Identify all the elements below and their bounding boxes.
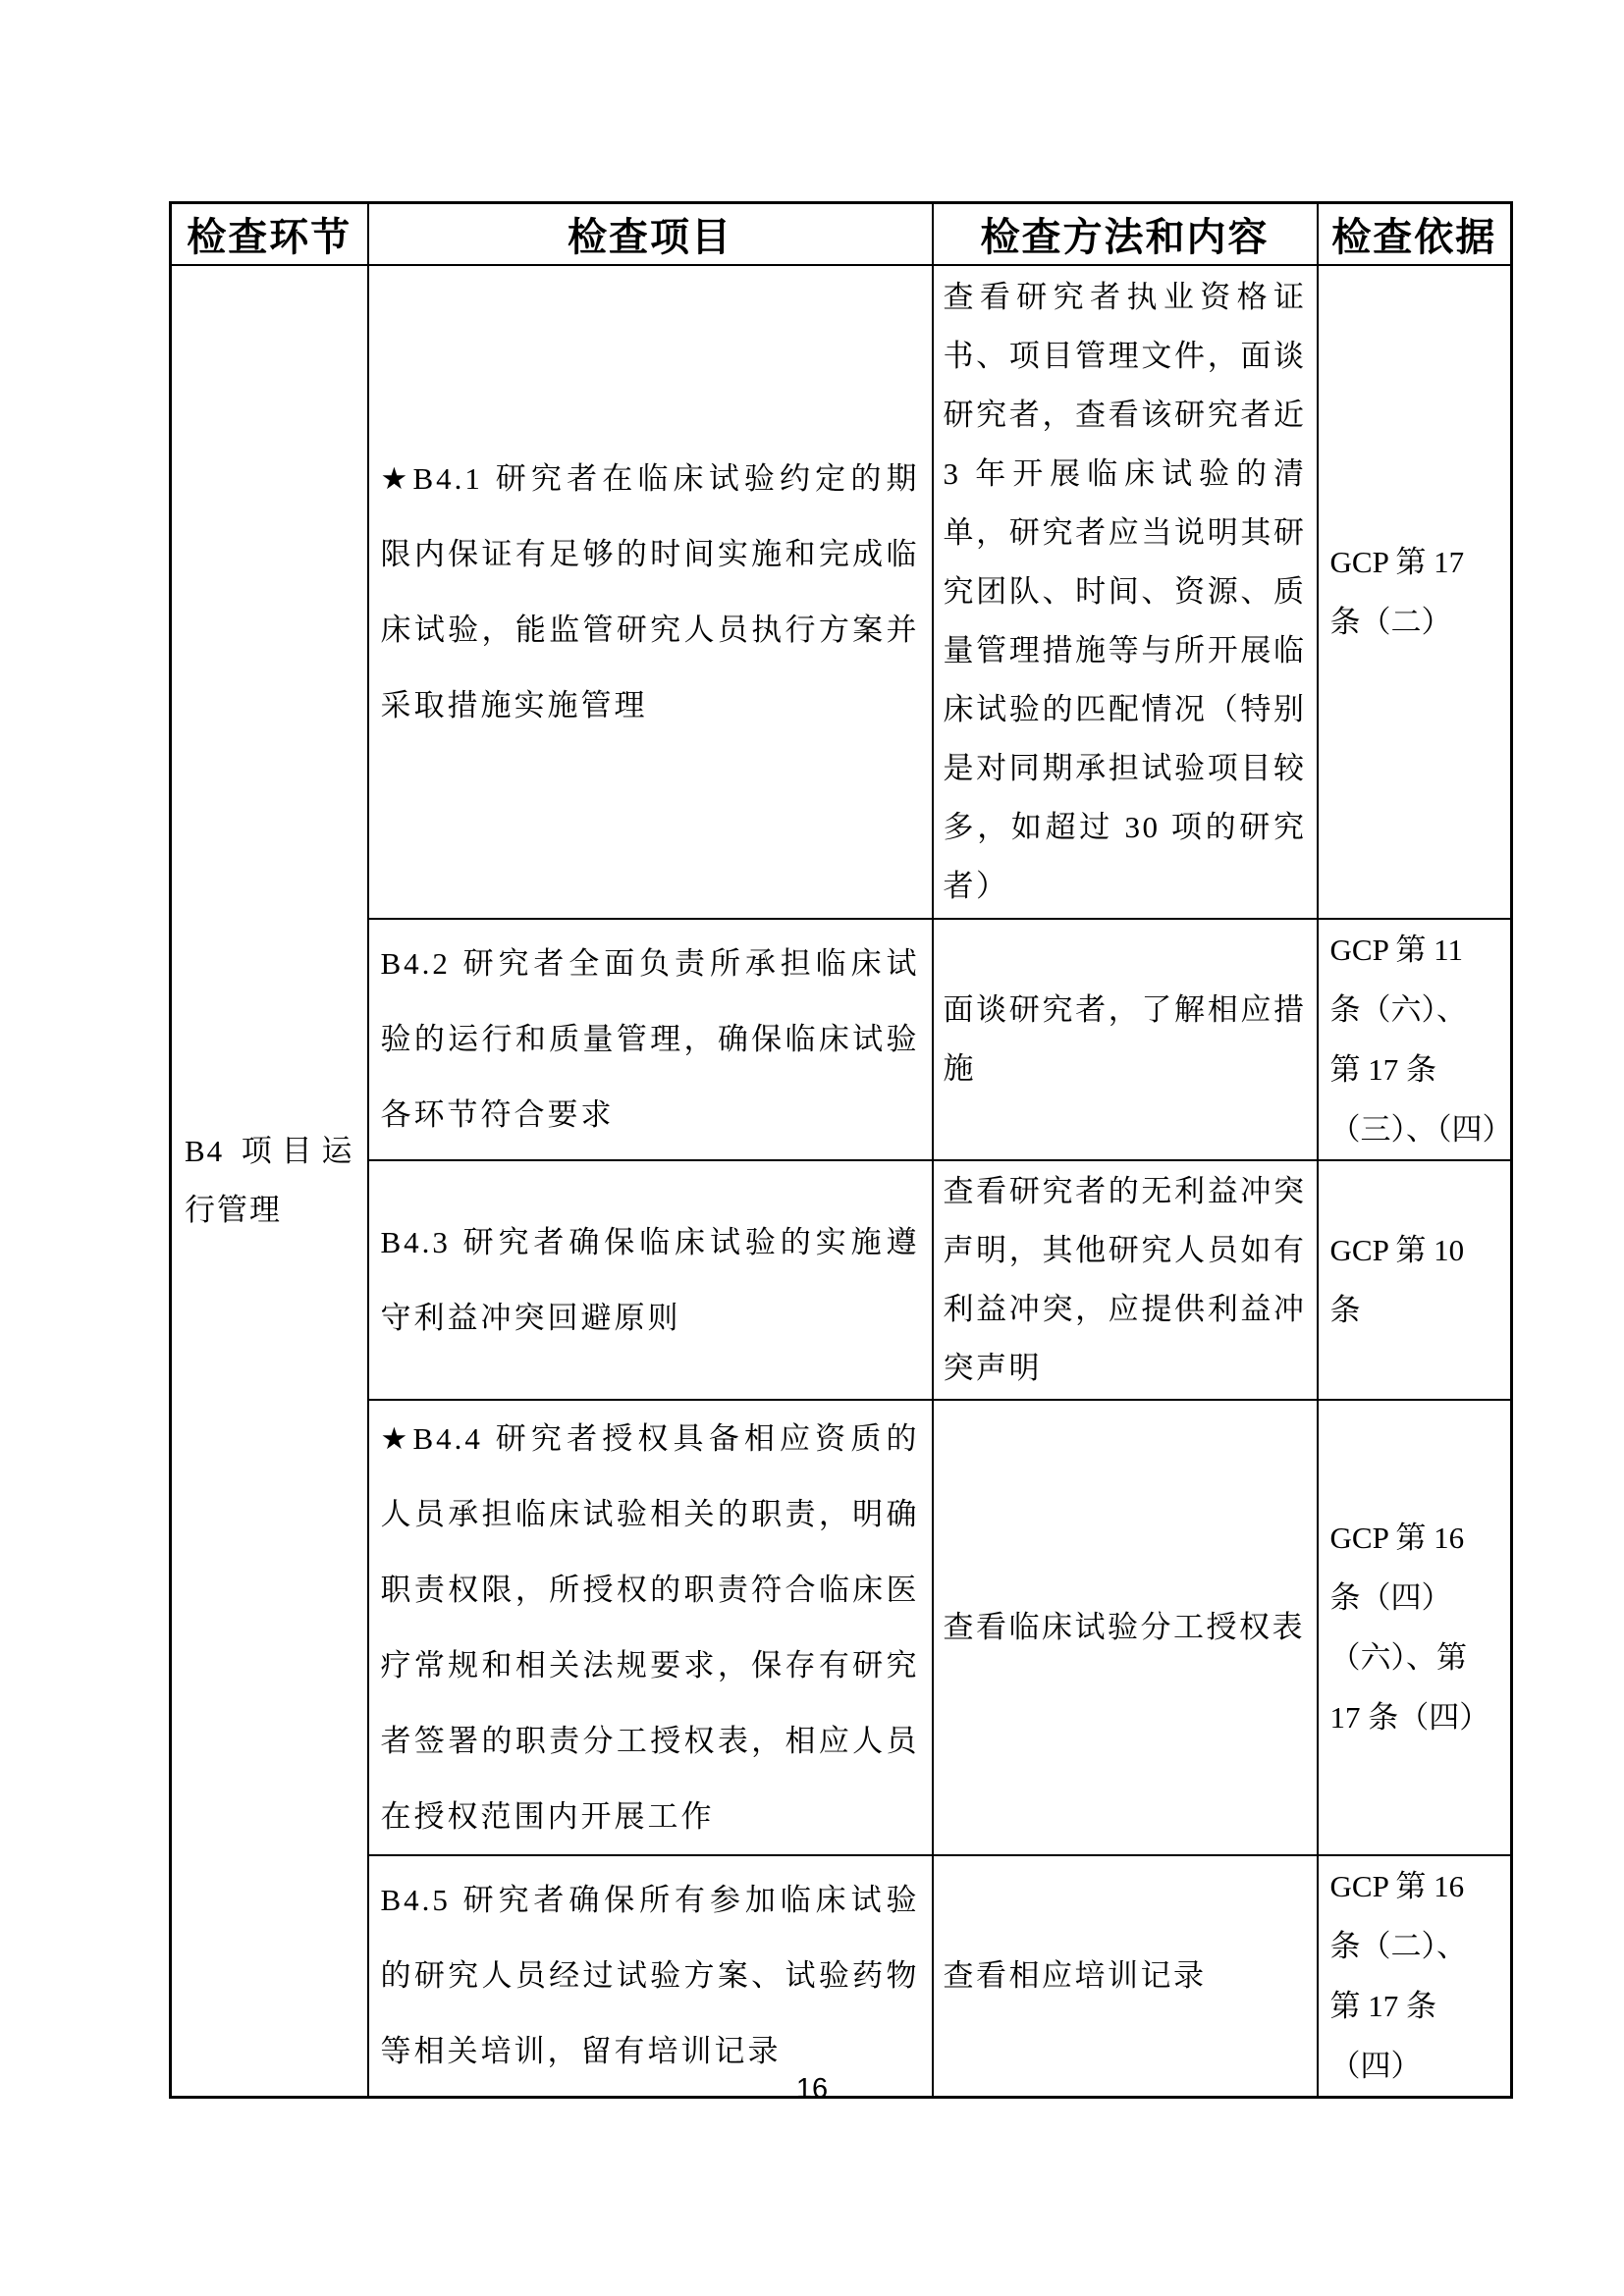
basis-cell-b4-2: GCP 第 11 条（六）、 第 17 条 （三）、（四） [1318,919,1512,1160]
item-cell-b4-1: ★B4.1 研究者在临床试验约定的期限内保证有足够的时间实施和完成临床试验，能监… [368,265,933,919]
table-row-b4-5: B4.5 研究者确保所有参加临床试验的研究人员经过试验方案、试验药物等相关培训，… [171,1855,1512,2098]
item-cell-b4-5: B4.5 研究者确保所有参加临床试验的研究人员经过试验方案、试验药物等相关培训，… [368,1855,933,2098]
method-cell-b4-1: 查看研究者执业资格证书、项目管理文件，面谈研究者，查看该研究者近 3 年开展临床… [933,265,1318,919]
table-header-row: 检查环节 检查项目 检查方法和内容 检查依据 [171,203,1512,265]
column-header-basis: 检查依据 [1318,203,1512,265]
column-header-method: 检查方法和内容 [933,203,1318,265]
column-header-stage: 检查环节 [171,203,368,265]
basis-cell-b4-4: GCP 第 16 条（四） （六）、第 17 条（四） [1318,1400,1512,1855]
item-cell-b4-4: ★B4.4 研究者授权具备相应资质的人员承担临床试验相关的职责，明确职责权限，所… [368,1400,933,1855]
table-row-b4-4: ★B4.4 研究者授权具备相应资质的人员承担临床试验相关的职责，明确职责权限，所… [171,1400,1512,1855]
method-cell-b4-5: 查看相应培训记录 [933,1855,1318,2098]
method-cell-b4-2: 面谈研究者，了解相应措施 [933,919,1318,1160]
page-number: 16 [0,2073,1624,2106]
inspection-table: 检查环节 检查项目 检查方法和内容 检查依据 B4 项目运行管理 ★B4.1 研… [169,201,1513,2099]
column-header-item: 检查项目 [368,203,933,265]
stage-cell-b4: B4 项目运行管理 [171,265,368,2098]
table-row-b4-2: B4.2 研究者全面负责所承担临床试验的运行和质量管理，确保临床试验各环节符合要… [171,919,1512,1160]
basis-cell-b4-1: GCP 第 17 条（二） [1318,265,1512,919]
method-cell-b4-4: 查看临床试验分工授权表 [933,1400,1318,1855]
table-row-b4-1: B4 项目运行管理 ★B4.1 研究者在临床试验约定的期限内保证有足够的时间实施… [171,265,1512,919]
item-cell-b4-2: B4.2 研究者全面负责所承担临床试验的运行和质量管理，确保临床试验各环节符合要… [368,919,933,1160]
document-page: 检查环节 检查项目 检查方法和内容 检查依据 B4 项目运行管理 ★B4.1 研… [0,0,1624,2296]
basis-cell-b4-3: GCP 第 10 条 [1318,1160,1512,1400]
item-cell-b4-3: B4.3 研究者确保临床试验的实施遵守利益冲突回避原则 [368,1160,933,1400]
method-cell-b4-3: 查看研究者的无利益冲突声明，其他研究人员如有利益冲突，应提供利益冲突声明 [933,1160,1318,1400]
basis-cell-b4-5: GCP 第 16 条（二）、 第 17 条 （四） [1318,1855,1512,2098]
table-row-b4-3: B4.3 研究者确保临床试验的实施遵守利益冲突回避原则 查看研究者的无利益冲突声… [171,1160,1512,1400]
